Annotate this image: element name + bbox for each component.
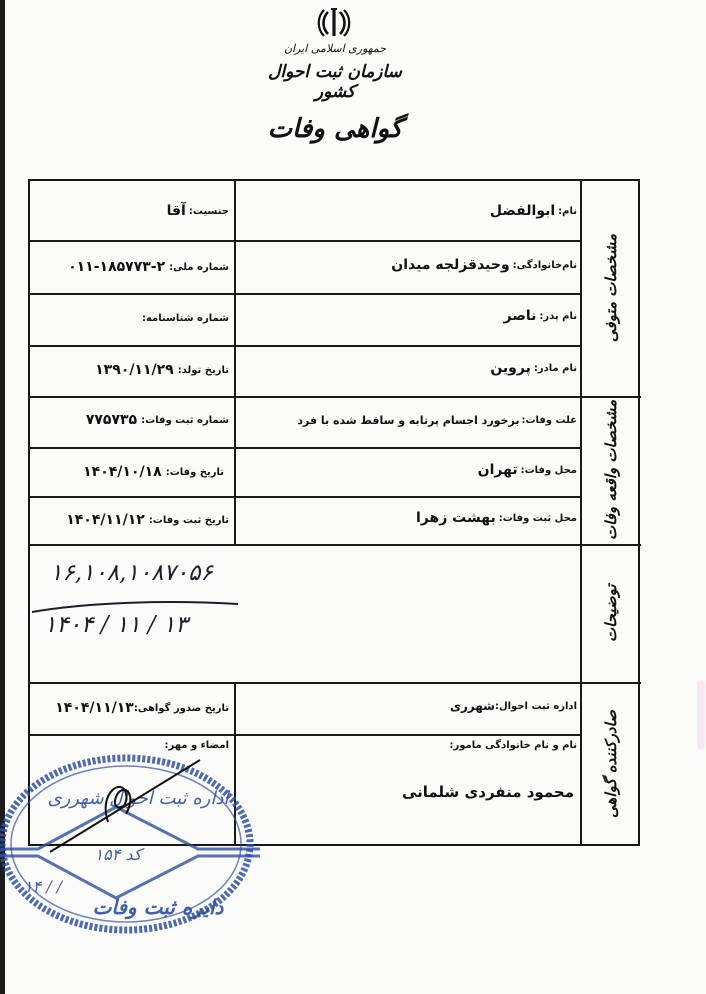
field-value: ۱۳۹۰/۱۱/۲۹ (95, 362, 174, 378)
field-label: نام‌خانوادگی: (513, 260, 577, 271)
field-value: تهران (478, 462, 518, 478)
divider (29, 240, 581, 242)
field-value: محمود منفردی شلمانی (402, 783, 574, 801)
field-label: محل ثبت وفات: (499, 513, 577, 524)
field-label: امضاء و مهر: (164, 740, 229, 751)
field-label: نام مادر: (534, 363, 577, 374)
field-label: جنسیت: (189, 206, 229, 217)
field-label: اداره ثبت احوال: (495, 701, 577, 712)
field-label: شماره ملی: (169, 262, 229, 273)
field-death-registration-date: تاریخ ثبت وفات: ۱۴۰۴/۱۱/۱۲ (66, 506, 229, 534)
field-birth-date: تاریخ تولد: ۱۳۹۰/۱۱/۲۹ (95, 356, 229, 384)
field-officer-name-label: نام و نام خانوادگی مامور: (450, 736, 577, 754)
field-value: ناصر (504, 308, 537, 324)
field-cause-of-death: علت وفات: برخورد اجسام پرتابه و ساقط شده… (297, 406, 577, 434)
field-label: تاریخ ثبت وفات: (149, 515, 229, 526)
section-label-deceased: مشخصات متوفی (584, 182, 638, 394)
field-label: نام: (558, 206, 577, 217)
field-label: شماره شناسنامه: (142, 313, 229, 324)
iran-emblem-icon (316, 6, 352, 40)
field-value: بهشت زهرا (416, 510, 496, 526)
divider (580, 180, 582, 846)
field-label: علت وفات: (521, 415, 577, 426)
scan-artifact (697, 680, 705, 750)
document-title: گواهی وفات (265, 114, 405, 144)
divider (29, 682, 641, 684)
handwritten-note-line-1: ۱۶,۱۰۸,۱۰۸۷۰۵۶ (50, 560, 213, 586)
field-label: نام و نام خانوادگی مامور: (450, 740, 577, 751)
field-value: وحیدقزلجه میدان (391, 257, 509, 273)
official-stamp: اداره ثبت احوال شهرری کد ۱۵۴ دایره ثبت و… (0, 752, 260, 937)
field-officer-name: محمود منفردی شلمانی (402, 778, 577, 806)
divider (29, 293, 581, 295)
field-gender: جنسیت: آقا (167, 196, 229, 226)
field-national-id: شماره ملی: ۰۱۱-۱۸۵۷۷۳-۲ (68, 252, 229, 282)
divider (29, 544, 641, 546)
divider (234, 180, 236, 546)
field-death-date: تاریخ وفات: ۱۴۰۴/۱۰/۱۸ (83, 458, 224, 486)
field-value: ۱۴۰۴/۱۰/۱۸ (83, 464, 162, 480)
section-label-death-event: مشخصات واقعه وفات (584, 398, 638, 542)
field-label: تاریخ صدور گواهی: (134, 703, 229, 714)
field-father-name: نام پدر: ناصر (504, 302, 577, 330)
field-value: آقا (167, 203, 186, 219)
divider (29, 345, 581, 347)
field-label: تاریخ وفات: (166, 467, 224, 478)
stamp-text-bottom: دایره ثبت وفات (93, 895, 225, 920)
section-label-issuer: صادرکننده گواهی (584, 684, 638, 844)
field-death-registration-no: شماره ثبت وفات: ۷۷۵۷۳۵ (86, 406, 229, 434)
field-value: ۱۴۰۴/۱۱/۱۳ (55, 700, 134, 716)
field-value: پروین (490, 360, 531, 376)
field-last-name: نام‌خانوادگی: وحیدقزلجه میدان (391, 250, 577, 280)
section-label-notes: توضیحات (584, 546, 638, 680)
divider (29, 396, 641, 398)
field-label: محل وفات: (521, 465, 577, 476)
stamp-date: ۱۴ / / (24, 877, 64, 896)
header-organization: سازمان ثبت احوال کشور (255, 62, 415, 102)
field-birth-cert-no: شماره شناسنامه: (139, 304, 229, 332)
field-label: شماره ثبت وفات: (141, 415, 229, 426)
field-value: برخورد اجسام پرتابه و ساقط شده با فرد (297, 414, 519, 427)
field-value: شهرری (450, 699, 495, 713)
field-value: ابوالفضل (490, 203, 555, 219)
field-label: نام پدر: (539, 311, 577, 322)
divider (29, 496, 581, 498)
field-issue-date: تاریخ صدور گواهی: ۱۴۰۴/۱۱/۱۳ (55, 694, 229, 722)
field-first-name: نام: ابوالفضل (490, 196, 577, 226)
field-value: ۱۴۰۴/۱۱/۱۲ (66, 512, 145, 528)
divider (29, 447, 581, 449)
field-mother-name: نام مادر: پروین (490, 354, 577, 382)
field-death-place: محل وفات: تهران (478, 456, 577, 484)
field-registry-office: اداره ثبت احوال: شهرری (450, 692, 577, 720)
stamp-code: کد ۱۵۴ (95, 845, 145, 864)
field-value: ۰۱۱-۱۸۵۷۷۳-۲ (68, 259, 165, 275)
header-country: جمهوری اسلامی ایران (270, 42, 400, 55)
field-value: ۷۷۵۷۳۵ (86, 412, 137, 428)
field-death-registration-place: محل ثبت وفات: بهشت زهرا (416, 504, 577, 532)
field-label: تاریخ تولد: (178, 365, 229, 376)
handwritten-note-line-2: ۱۴۰۴ / ۱۱ / ۱۳ (44, 612, 188, 638)
